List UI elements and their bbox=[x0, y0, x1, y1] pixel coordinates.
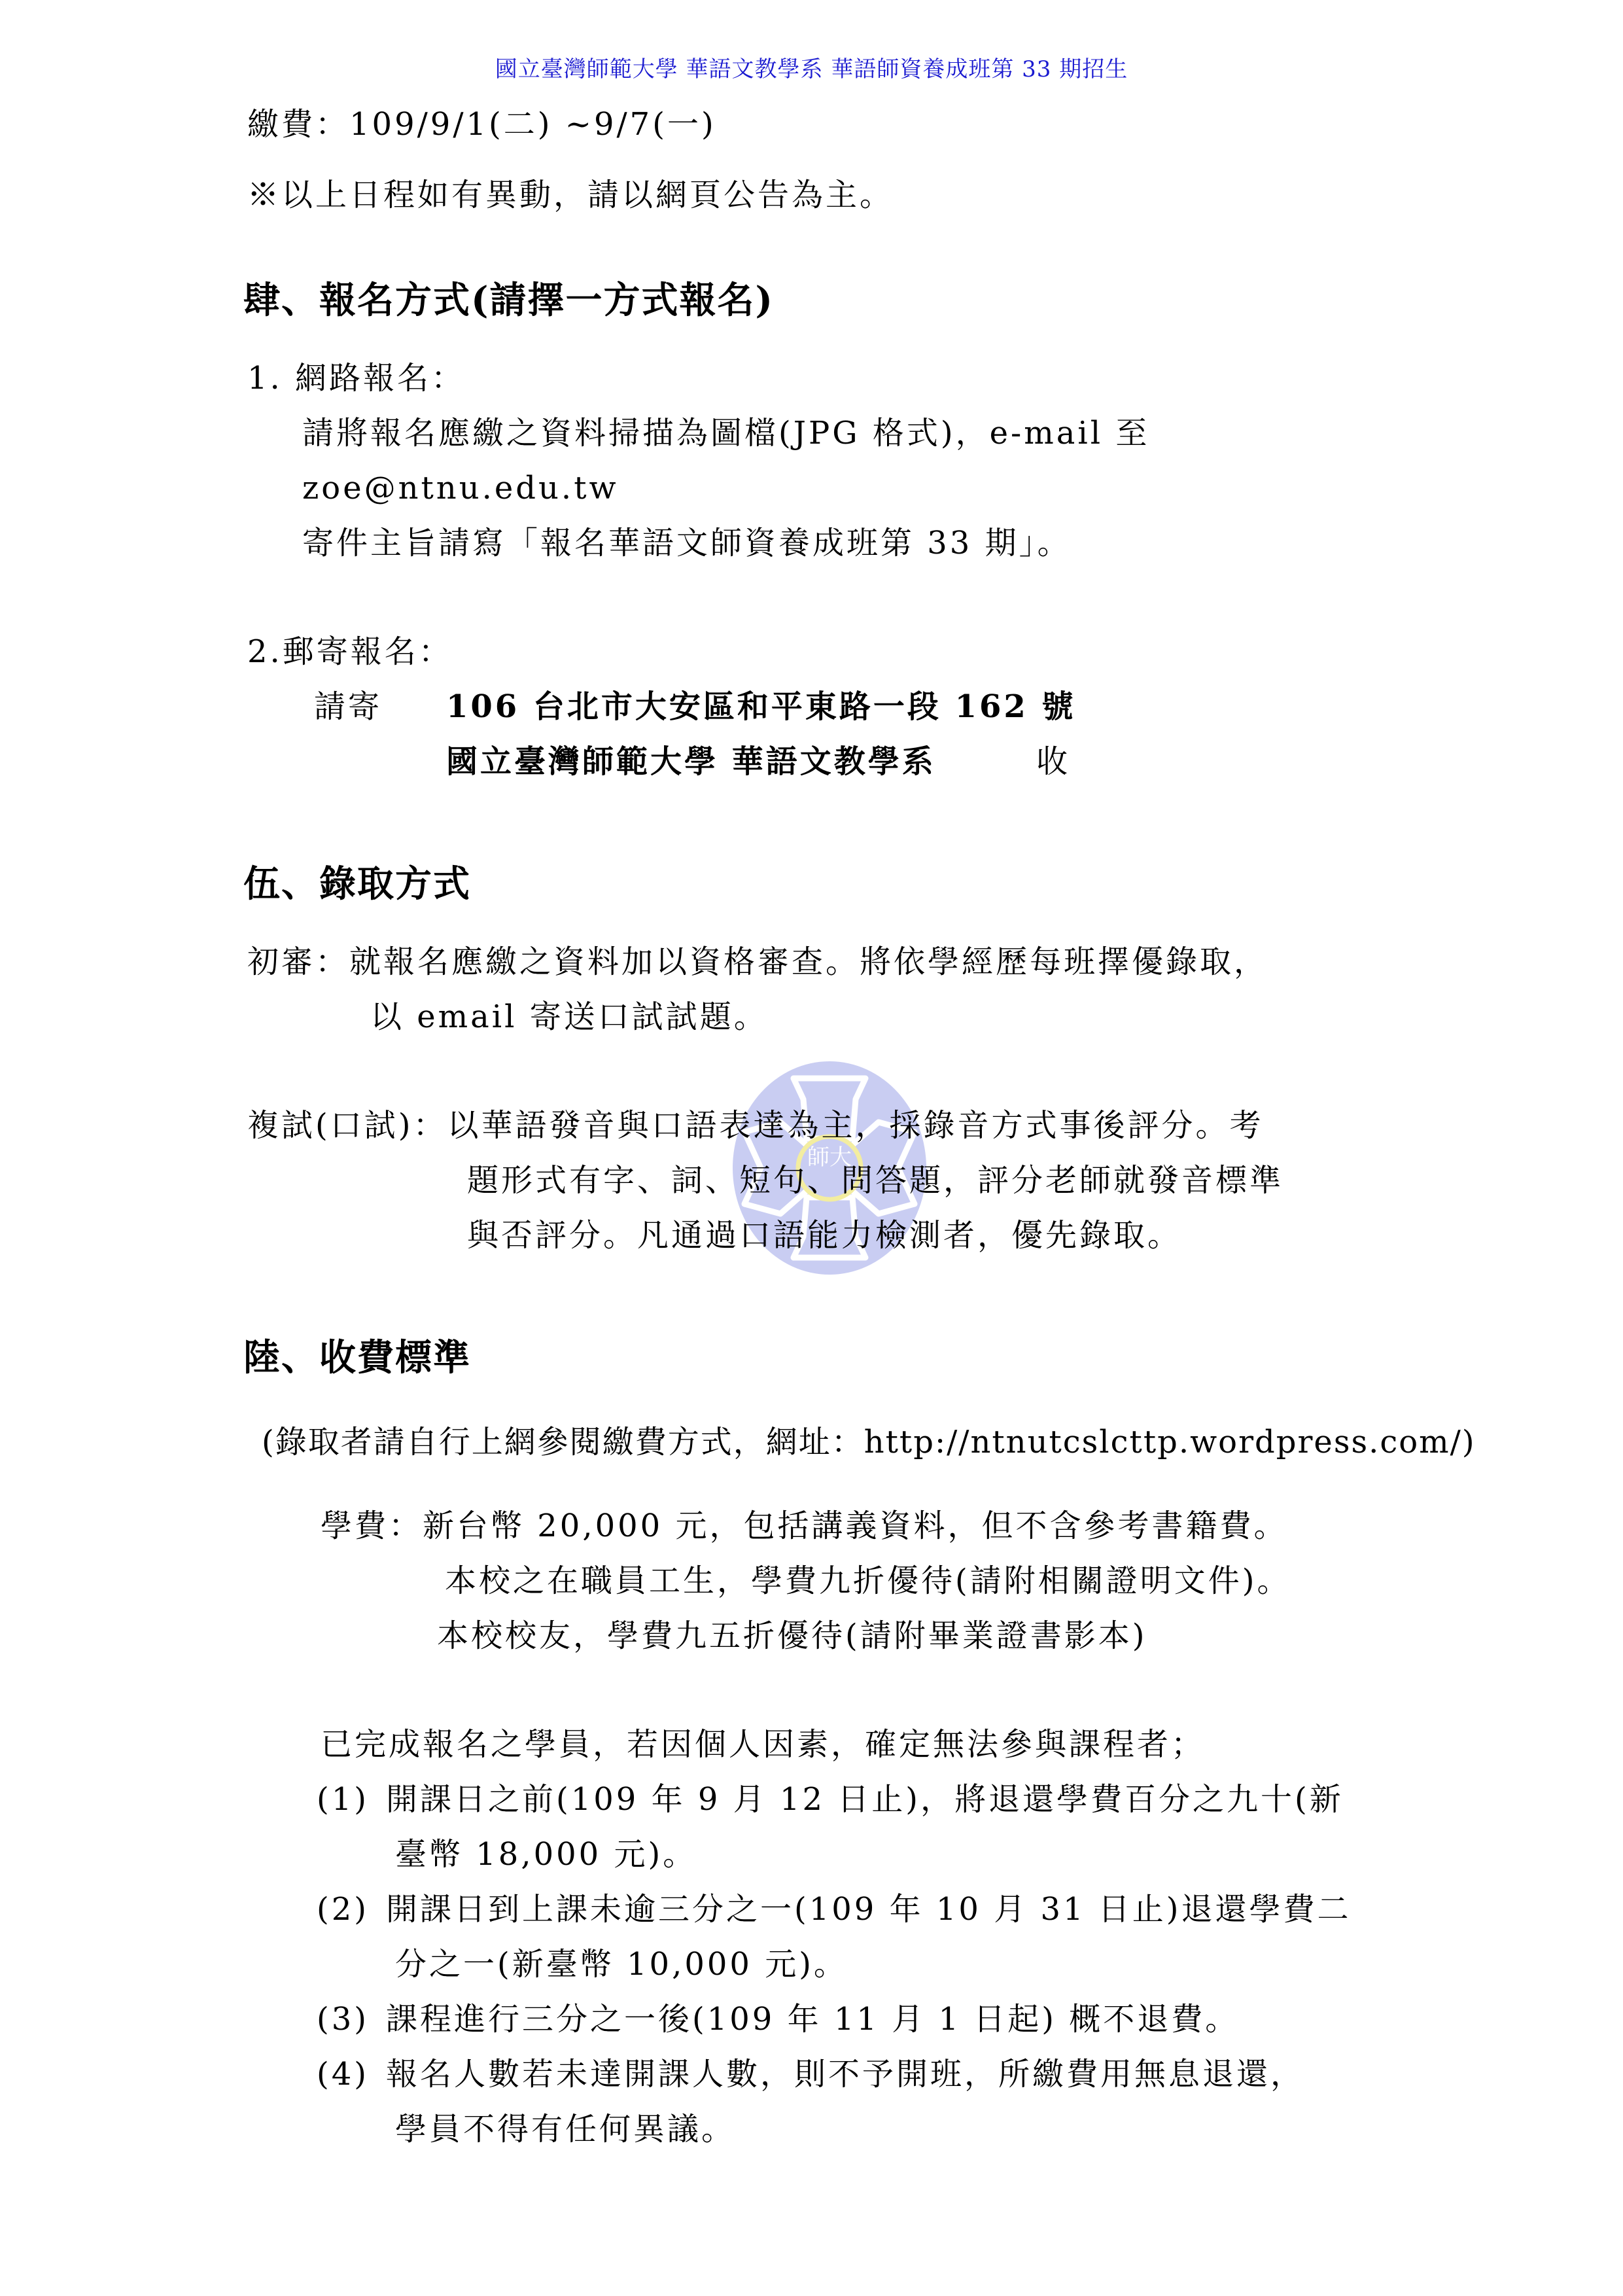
tuition-alumni-discount: 本校校友，學費九五折優待(請附畢業證書影本) bbox=[437, 1616, 1147, 1655]
refund-item-2-num: (2) bbox=[317, 1890, 369, 1929]
refund-item-4-num: (4) bbox=[317, 2055, 369, 2094]
second-review-line2: 題形式有字、詞、短句、問答題，評分老師就發音標準 bbox=[467, 1161, 1283, 1200]
payment-date-line: 繳費：109/9/1(二) ~9/7(一) bbox=[247, 105, 716, 144]
mailing-address: 106 台北市大安區和平東路一段 162 號 bbox=[446, 687, 1076, 726]
mailing-recipient: 國立臺灣師範大學 華語文教學系 bbox=[446, 742, 936, 781]
refund-intro: 已完成報名之學員，若因個人因素，確定無法參與課程者； bbox=[321, 1725, 1205, 1764]
first-review-line1: 初審：就報名應繳之資料加以資格審查。將依學經歷每班擇優錄取， bbox=[247, 942, 1268, 981]
online-registration-instruction: 請將報名應繳之資料掃描為圖檔(JPG 格式)，e-mail 至 bbox=[302, 414, 1149, 453]
refund-item-1-line2: 臺幣 18,000 元)。 bbox=[395, 1835, 697, 1874]
refund-item-1-num: (1) bbox=[317, 1780, 369, 1819]
mail-registration-label: 2.郵寄報名： bbox=[247, 632, 453, 671]
section-heading-registration: 肆、報名方式(請擇一方式報名) bbox=[243, 277, 774, 323]
refund-item-3-line1: 課程進行三分之一後(109 年 11 月 1 日起) 概不退費。 bbox=[386, 2000, 1239, 2039]
section-heading-admission: 伍、錄取方式 bbox=[243, 861, 471, 907]
tuition-staff-discount: 本校之在職員工生，學費九折優待(請附相關證明文件)。 bbox=[445, 1561, 1291, 1600]
section-heading-fees: 陸、收費標準 bbox=[243, 1335, 471, 1381]
refund-item-2-line1: 開課日到上課未逾三分之一(109 年 10 月 31 日止)退還學費二 bbox=[386, 1890, 1352, 1929]
refund-item-3-num: (3) bbox=[317, 2000, 369, 2039]
tuition-line1: 學費：新台幣 20,000 元，包括講義資料，但不含參考書籍費。 bbox=[321, 1506, 1287, 1545]
email-subject-instruction: 寄件主旨請寫「報名華語文師資養成班第 33 期」。 bbox=[302, 523, 1072, 563]
second-review-line3: 與否評分。凡通過口語能力檢測者，優先錄取。 bbox=[467, 1216, 1181, 1255]
registration-email-link[interactable]: zoe@ntnu.edu.tw bbox=[302, 468, 619, 508]
second-review-line1: 複試(口試)：以華語發音與口語表達為主，採錄音方式事後評分。考 bbox=[247, 1106, 1263, 1145]
payment-url-note: (錄取者請自行上網參閱繳費方式，網址：http://ntnutcslcttp.w… bbox=[262, 1422, 1476, 1462]
first-review-line2: 以 email 寄送口試試題。 bbox=[370, 997, 768, 1036]
refund-item-2-line2: 分之一(新臺幣 10,000 元)。 bbox=[395, 1945, 848, 1984]
refund-item-1-line1: 開課日之前(109 年 9 月 12 日止)，將退還學費百分之九十(新 bbox=[386, 1780, 1344, 1819]
online-registration-label: 1. 網路報名： bbox=[247, 359, 465, 398]
schedule-notice: ※以上日程如有異動，請以網頁公告為主。 bbox=[247, 175, 894, 215]
page-header: 國立臺灣師範大學 華語文教學系 華語師資養成班第 33 期招生 bbox=[0, 51, 1623, 83]
send-to-label: 請寄 bbox=[314, 687, 382, 726]
refund-item-4-line1: 報名人數若未達開課人數，則不予開班，所繳費用無息退還， bbox=[386, 2055, 1304, 2094]
receive-suffix: 收 bbox=[1036, 742, 1070, 781]
refund-item-4-line2: 學員不得有任何異議。 bbox=[395, 2110, 735, 2149]
